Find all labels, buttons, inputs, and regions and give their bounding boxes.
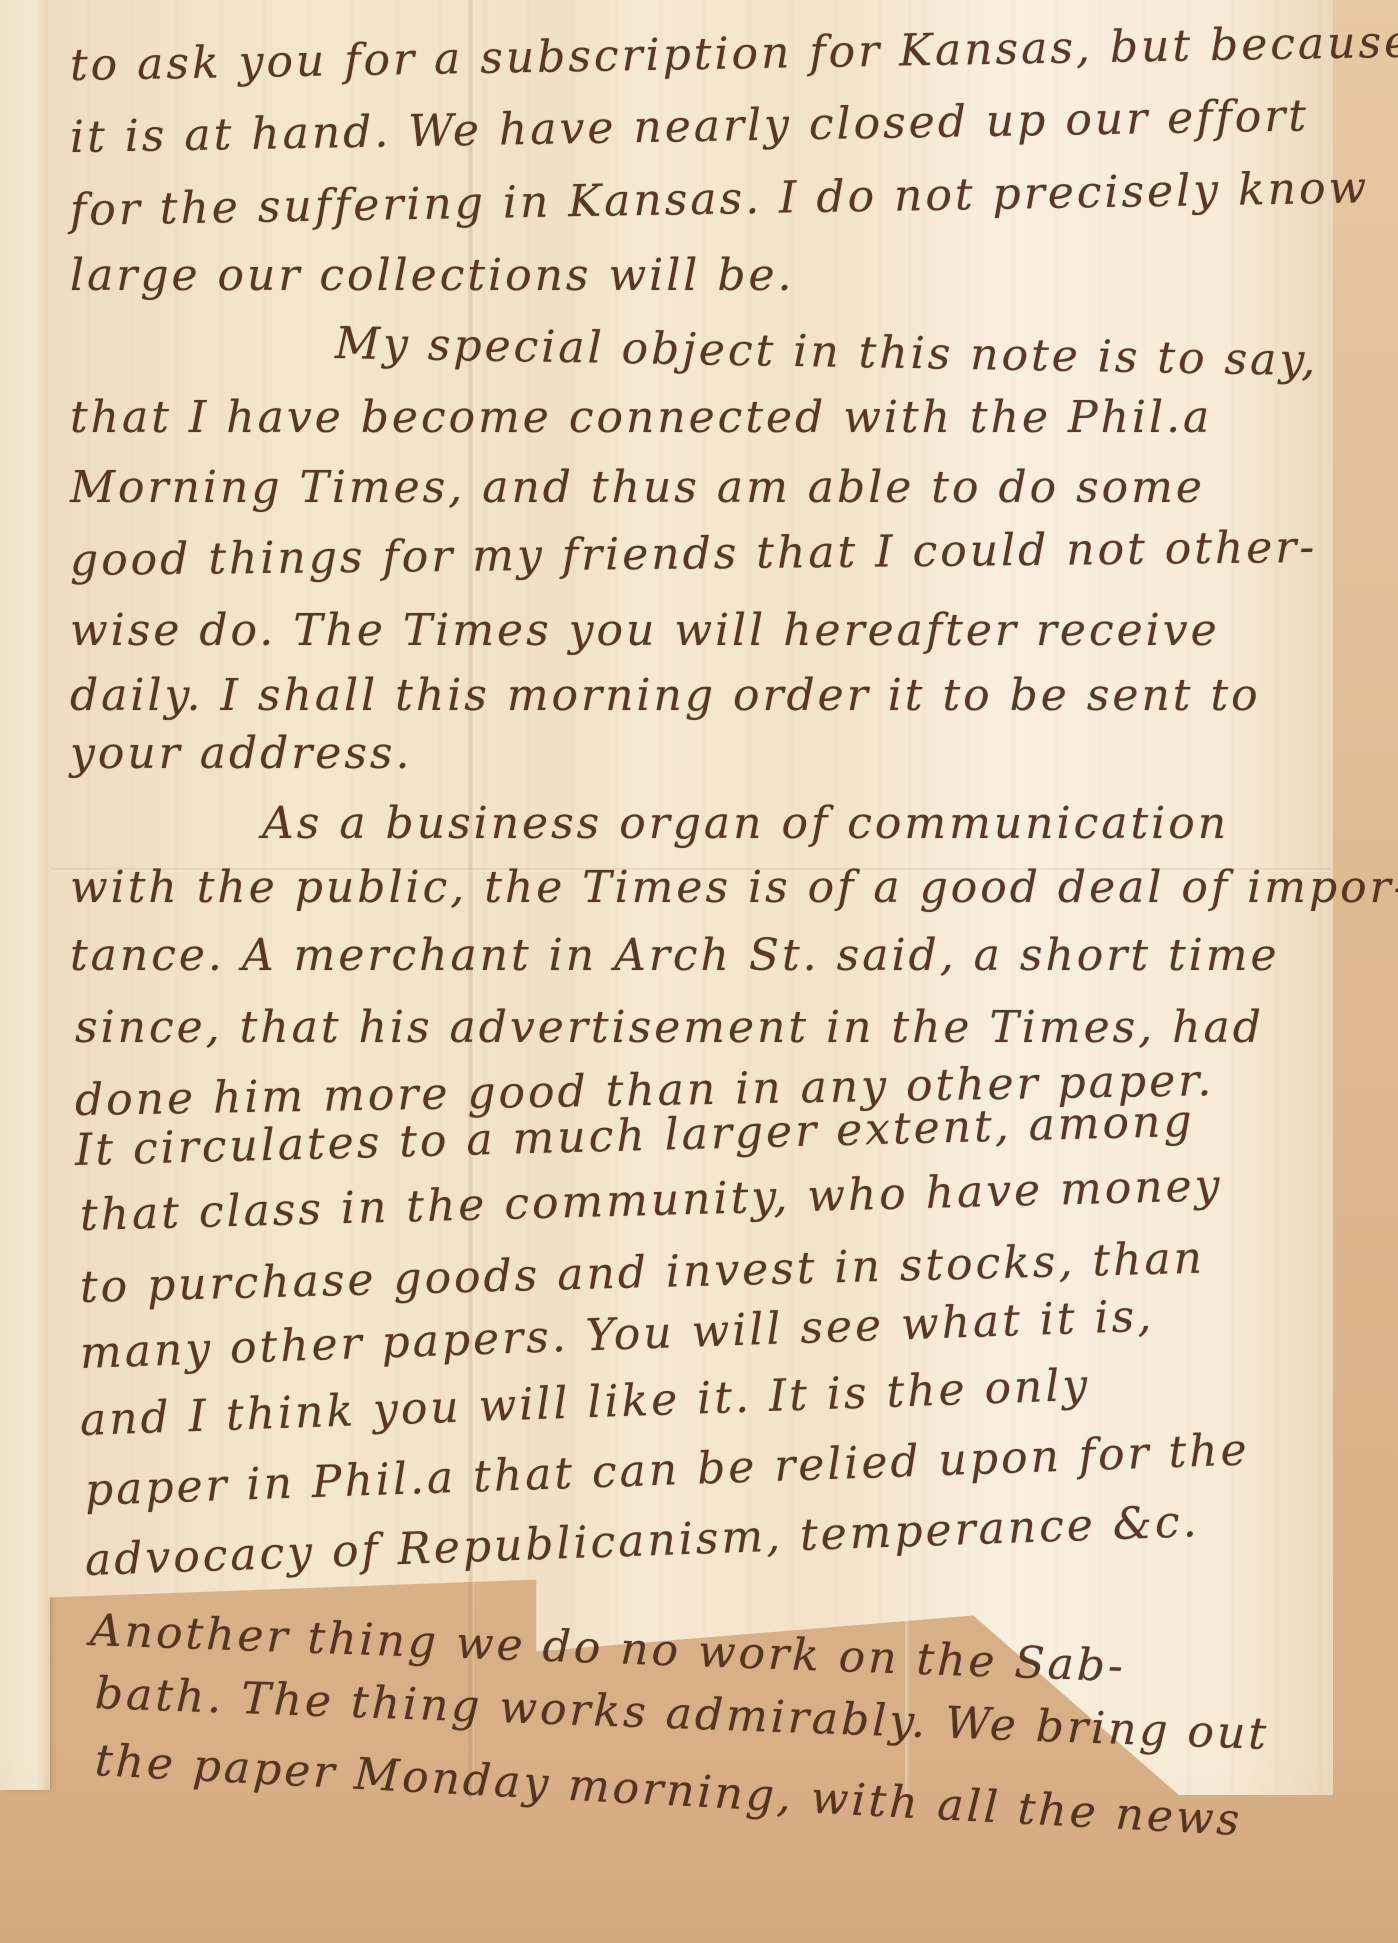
letter-line: As a business organ of communication	[262, 798, 1229, 849]
letter-line: that I have become connected with the Ph…	[70, 392, 1212, 443]
letter-line: it is at hand. We have nearly closed up …	[70, 90, 1310, 163]
letter-line: My special object in this note is to say…	[335, 318, 1319, 386]
letter-line: your address.	[70, 728, 413, 779]
letter-line: with the public, the Times is of a good …	[70, 862, 1398, 913]
letter-line: wise do. The Times you will hereafter re…	[70, 605, 1220, 656]
letter-line: daily. I shall this morning order it to …	[70, 670, 1261, 721]
letter-line: good things for my friends that I could …	[70, 522, 1318, 586]
letter-line: for the suffering in Kansas. I do not pr…	[70, 162, 1370, 236]
letter-line: tance. A merchant in Arch St. said, a sh…	[70, 930, 1280, 981]
letter-photograph: to ask you for a subscription for Kansas…	[0, 0, 1398, 1943]
letter-line: large our collections will be.	[70, 250, 795, 301]
letter-line: since, that his advertisement in the Tim…	[75, 1002, 1264, 1053]
letter-line: to ask you for a subscription for Kansas…	[70, 17, 1398, 91]
letter-line: Morning Times, and thus am able to do so…	[70, 462, 1205, 513]
letter-line: that class in the community, who have mo…	[79, 1160, 1223, 1241]
letter-body: to ask you for a subscription for Kansas…	[0, 0, 1398, 1943]
